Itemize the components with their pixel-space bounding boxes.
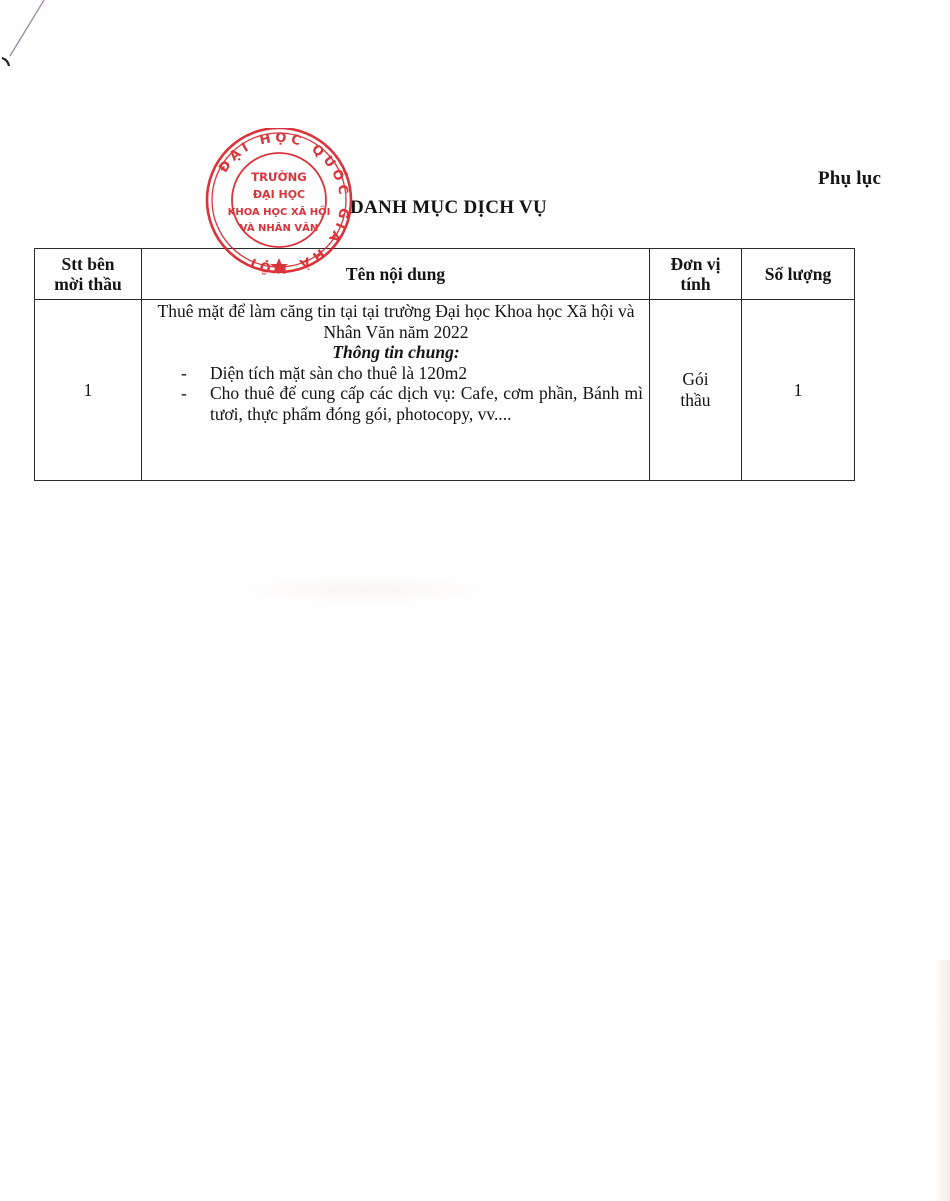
header-stt: Stt bên mời thầu [35,249,142,300]
document-title: DANH MỤC DỊCH VỤ [350,197,547,219]
svg-text:ĐẠI HỌC: ĐẠI HỌC [253,188,305,201]
header-stt-line-1: Stt bên [35,254,141,274]
content-bullet-list: - Diện tích mặt sàn cho thuê là 120m2 - … [149,363,643,425]
list-item: - Diện tích mặt sàn cho thuê là 120m2 [149,363,643,384]
svg-text:KHOA HỌC XÃ HỘI: KHOA HỌC XÃ HỘI [228,205,331,218]
cell-unit: Gói thầu [650,300,742,481]
appendix-label: Phụ lục [818,168,881,190]
header-content-name: Tên nội dung [142,249,650,300]
document-page: Phụ lục DANH MỤC DỊCH VỤ Stt bên mời thầ… [0,0,950,1201]
service-catalog-table: Stt bên mời thầu Tên nội dung Đơn vị tín… [34,248,855,481]
content-subheading: Thông tin chung: [149,342,643,363]
header-unit-line-1: Đơn vị [650,254,741,274]
header-unit-line-2: tính [650,274,741,294]
bullet-dash: - [181,383,187,404]
table-header-row: Stt bên mời thầu Tên nội dung Đơn vị tín… [35,249,855,300]
bullet-text: Diện tích mặt sàn cho thuê là 120m2 [210,363,467,383]
paper-bleed-through [240,575,490,605]
header-unit: Đơn vị tính [650,249,742,300]
cell-stt: 1 [35,300,142,481]
header-quantity: Số lượng [742,249,855,300]
cell-quantity: 1 [742,300,855,481]
bullet-text: Cho thuê để cung cấp các dịch vụ: Cafe, … [210,383,643,424]
page-edge-shadow [936,960,950,1201]
unit-line-2: thầu [650,390,741,411]
table-row: 1 Thuê mặt để làm căng tin tại tại trườn… [35,300,855,481]
bullet-dash: - [181,363,187,384]
pen-stroke-mark [0,0,60,70]
unit-line-1: Gói [650,369,741,390]
content-description: Thuê mặt để làm căng tin tại tại trường … [149,301,643,342]
list-item: - Cho thuê để cung cấp các dịch vụ: Cafe… [149,383,643,424]
svg-text:TRƯỜNG: TRƯỜNG [251,169,306,184]
cell-content: Thuê mặt để làm căng tin tại tại trường … [142,300,650,481]
svg-text:VÀ NHÂN VĂN: VÀ NHÂN VĂN [240,221,318,234]
header-stt-line-2: mời thầu [35,274,141,294]
